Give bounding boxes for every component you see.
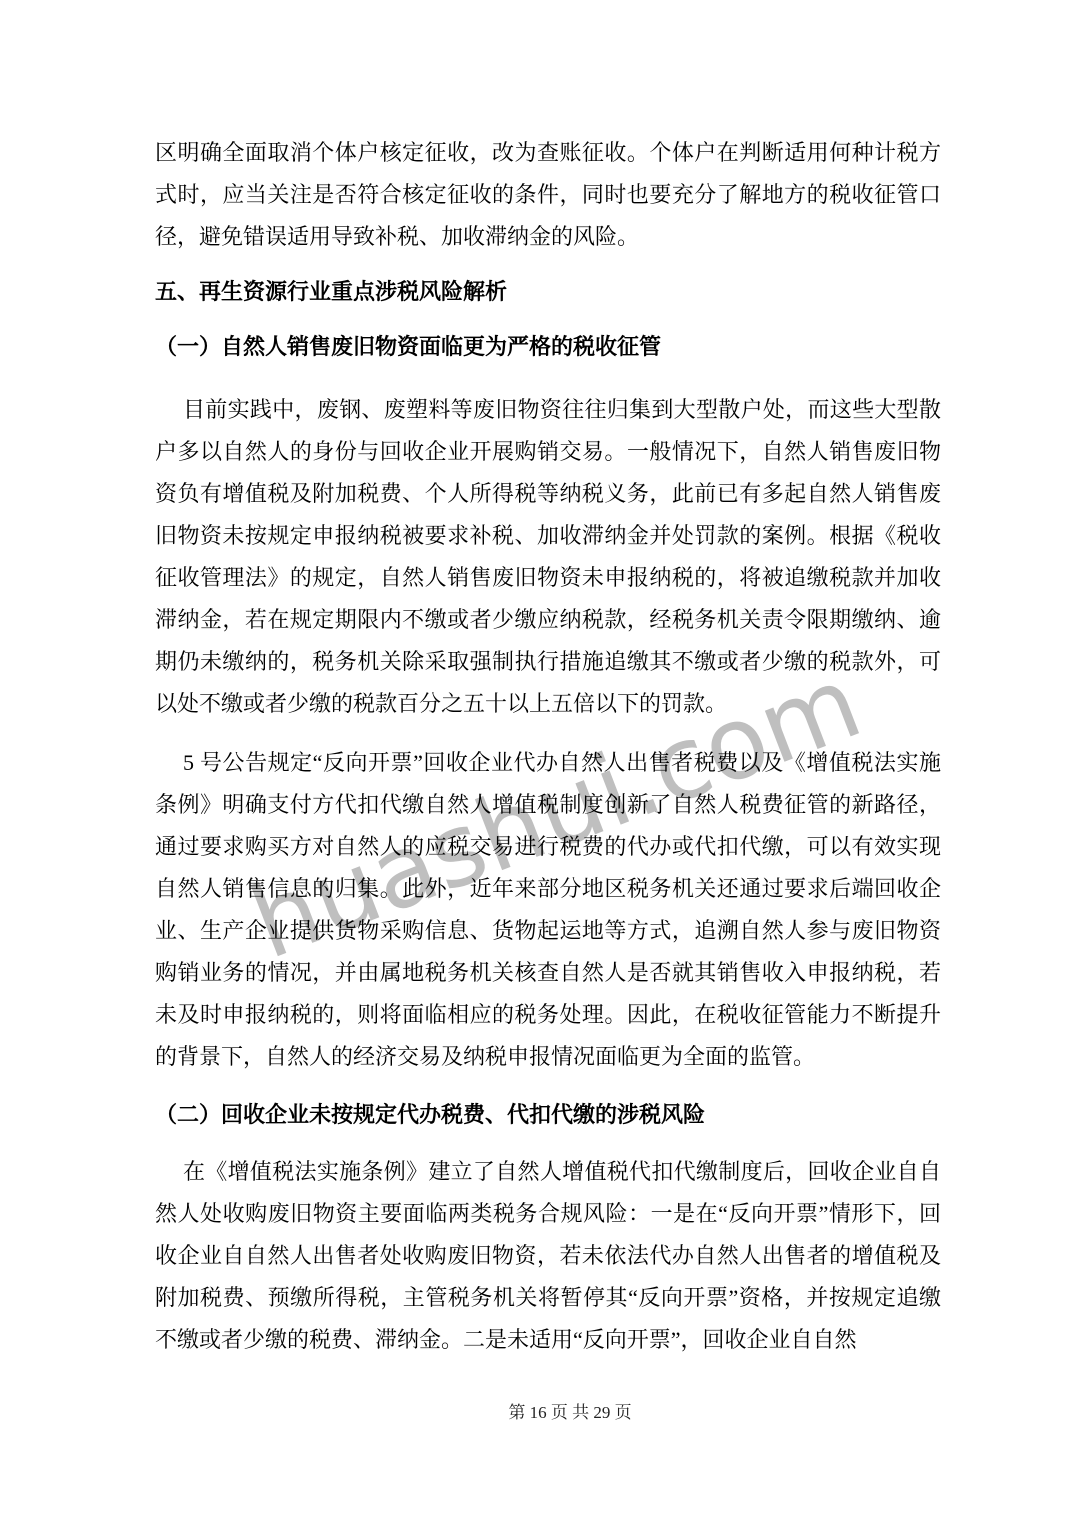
subsection-2-paragraph-1: 在《增值税法实施条例》建立了自然人增值税代扣代缴制度后，回收企业自自然人处收购废… xyxy=(155,1151,941,1361)
subsection-1-heading: （一）自然人销售废旧物资面临更为严格的税收征管 xyxy=(155,326,941,368)
subsection-1-paragraph-1: 目前实践中，废钢、废塑料等废旧物资往往归集到大型散户处，而这些大型散户多以自然人… xyxy=(155,389,941,725)
document-body: 区明确全面取消个体户核定征收，改为查账征收。个体户在判断适用何种计税方式时，应当… xyxy=(155,132,941,1361)
paragraph-continuation: 区明确全面取消个体户核定征收，改为查账征收。个体户在判断适用何种计税方式时，应当… xyxy=(155,132,941,258)
subsection-1-paragraph-2: 5 号公告规定“反向开票”回收企业代办自然人出售者税费以及《增值税法实施条例》明… xyxy=(155,742,941,1078)
page-number-footer: 第 16 页 共 29 页 xyxy=(30,1398,1080,1428)
document-page: huashui.com 区明确全面取消个体户核定征收，改为查账征收。个体户在判断… xyxy=(0,0,1080,1528)
section-heading: 五、再生资源行业重点涉税风险解析 xyxy=(155,271,941,313)
subsection-2-heading: （二）回收企业未按规定代办税费、代扣代缴的涉税风险 xyxy=(155,1094,941,1136)
